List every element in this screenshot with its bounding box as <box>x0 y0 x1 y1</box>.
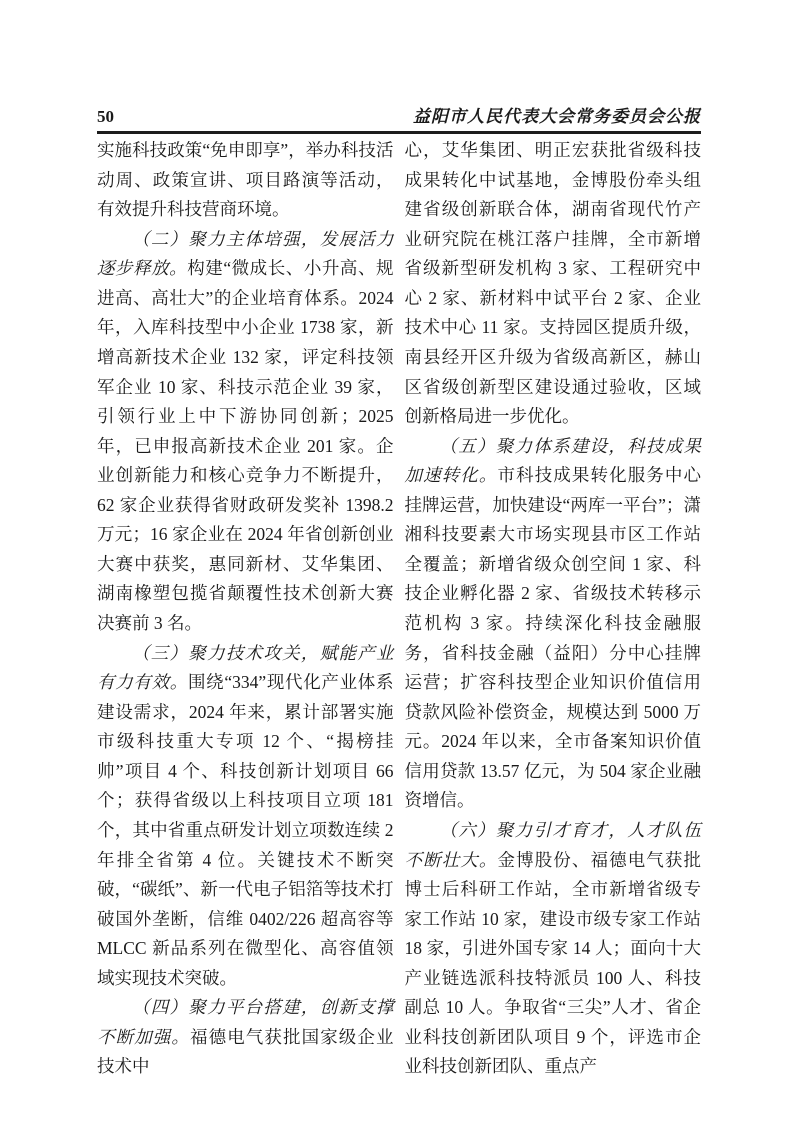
paragraph-text: 围绕“334”现代化产业体系建设需求，2024 年来，累计部署实施市级科技重大专… <box>97 672 394 988</box>
paragraph: （四）聚力平台搭建，创新支撑不断加强。福德电气获批国家级企业技术中 <box>97 993 394 1082</box>
page-header: 50 益阳市人民代表大会常务委员会公报 <box>97 106 701 134</box>
paragraph-text: 心，艾华集团、明正宏获批省级科技成果转化中试基地，金博股份牵头组建省级创新联合体… <box>405 140 702 426</box>
paragraph: （二）聚力主体培强，发展活力逐步释放。构建“微成长、小升高、规进高、高壮大”的企… <box>97 225 394 639</box>
paragraph-text: 市科技成果转化服务中心挂牌运营，加快建设“两库一平台”；潇湘科技要素大市场实现县… <box>405 465 702 810</box>
paragraph-continued: 心，艾华集团、明正宏获批省级科技成果转化中试基地，金博股份牵头组建省级创新联合体… <box>405 136 702 432</box>
page-body: 实施科技政策“免申即享”，举办科技活动周、政策宣讲、项目路演等活动，有效提升科技… <box>97 136 701 1082</box>
right-column: 心，艾华集团、明正宏获批省级科技成果转化中试基地，金博股份牵头组建省级创新联合体… <box>405 136 702 1082</box>
paragraph: （三）聚力技术攻关，赋能产业有力有效。围绕“334”现代化产业体系建设需求，20… <box>97 639 394 994</box>
header-title: 益阳市人民代表大会常务委员会公报 <box>413 106 701 128</box>
paragraph: （六）聚力引才育才，人才队伍不断壮大。金博股份、福德电气获批博士后科研工作站，全… <box>405 816 702 1082</box>
paragraph-text: 实施科技政策“免申即享”，举办科技活动周、政策宣讲、项目路演等活动，有效提升科技… <box>97 140 394 219</box>
paragraph-continued: 实施科技政策“免申即享”，举办科技活动周、政策宣讲、项目路演等活动，有效提升科技… <box>97 136 394 225</box>
page-number: 50 <box>97 106 114 128</box>
paragraph-text: 金博股份、福德电气获批博士后科研工作站，全市新增省级专家工作站 10 家，建设市… <box>405 850 702 1077</box>
bulletin-page: 50 益阳市人民代表大会常务委员会公报 实施科技政策“免申即享”，举办科技活动周… <box>0 0 794 1122</box>
left-column: 实施科技政策“免申即享”，举办科技活动周、政策宣讲、项目路演等活动，有效提升科技… <box>97 136 394 1082</box>
paragraph: （五）聚力体系建设，科技成果加速转化。市科技成果转化服务中心挂牌运营，加快建设“… <box>405 432 702 816</box>
paragraph-text: 构建“微成长、小升高、规进高、高壮大”的企业培育体系。2024 年，入库科技型中… <box>97 258 394 633</box>
